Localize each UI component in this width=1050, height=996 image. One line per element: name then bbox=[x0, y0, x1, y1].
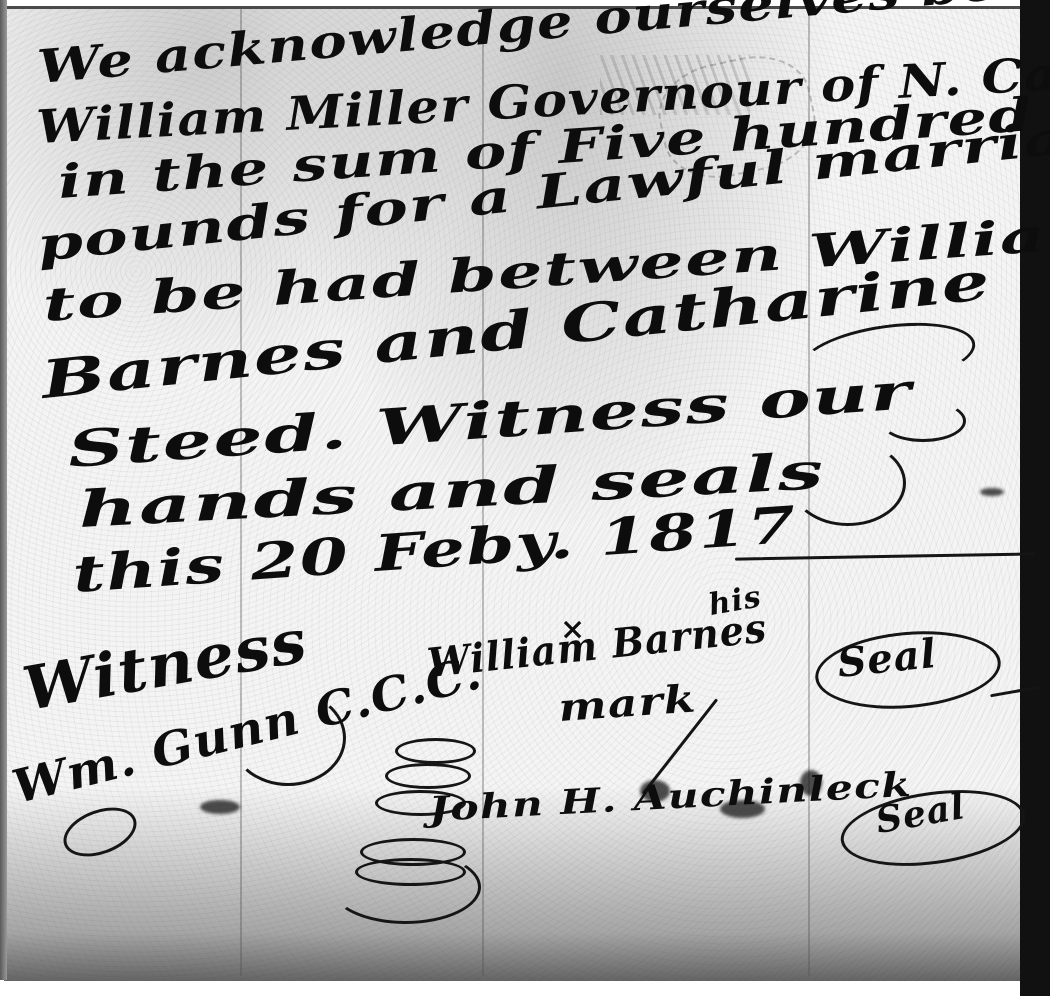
paper-left-edge bbox=[0, 0, 7, 980]
mark-label: mark bbox=[557, 675, 698, 730]
coil-flourish bbox=[330, 850, 481, 924]
flourish-loop bbox=[880, 400, 966, 442]
coil-flourish bbox=[395, 738, 476, 764]
flourish-loop bbox=[790, 440, 906, 526]
ink-blot bbox=[200, 800, 240, 814]
scan-frame: We acknowledge ourselves bound to Willia… bbox=[0, 0, 1050, 996]
ink-blot bbox=[980, 488, 1004, 496]
coil-flourish bbox=[385, 763, 471, 789]
